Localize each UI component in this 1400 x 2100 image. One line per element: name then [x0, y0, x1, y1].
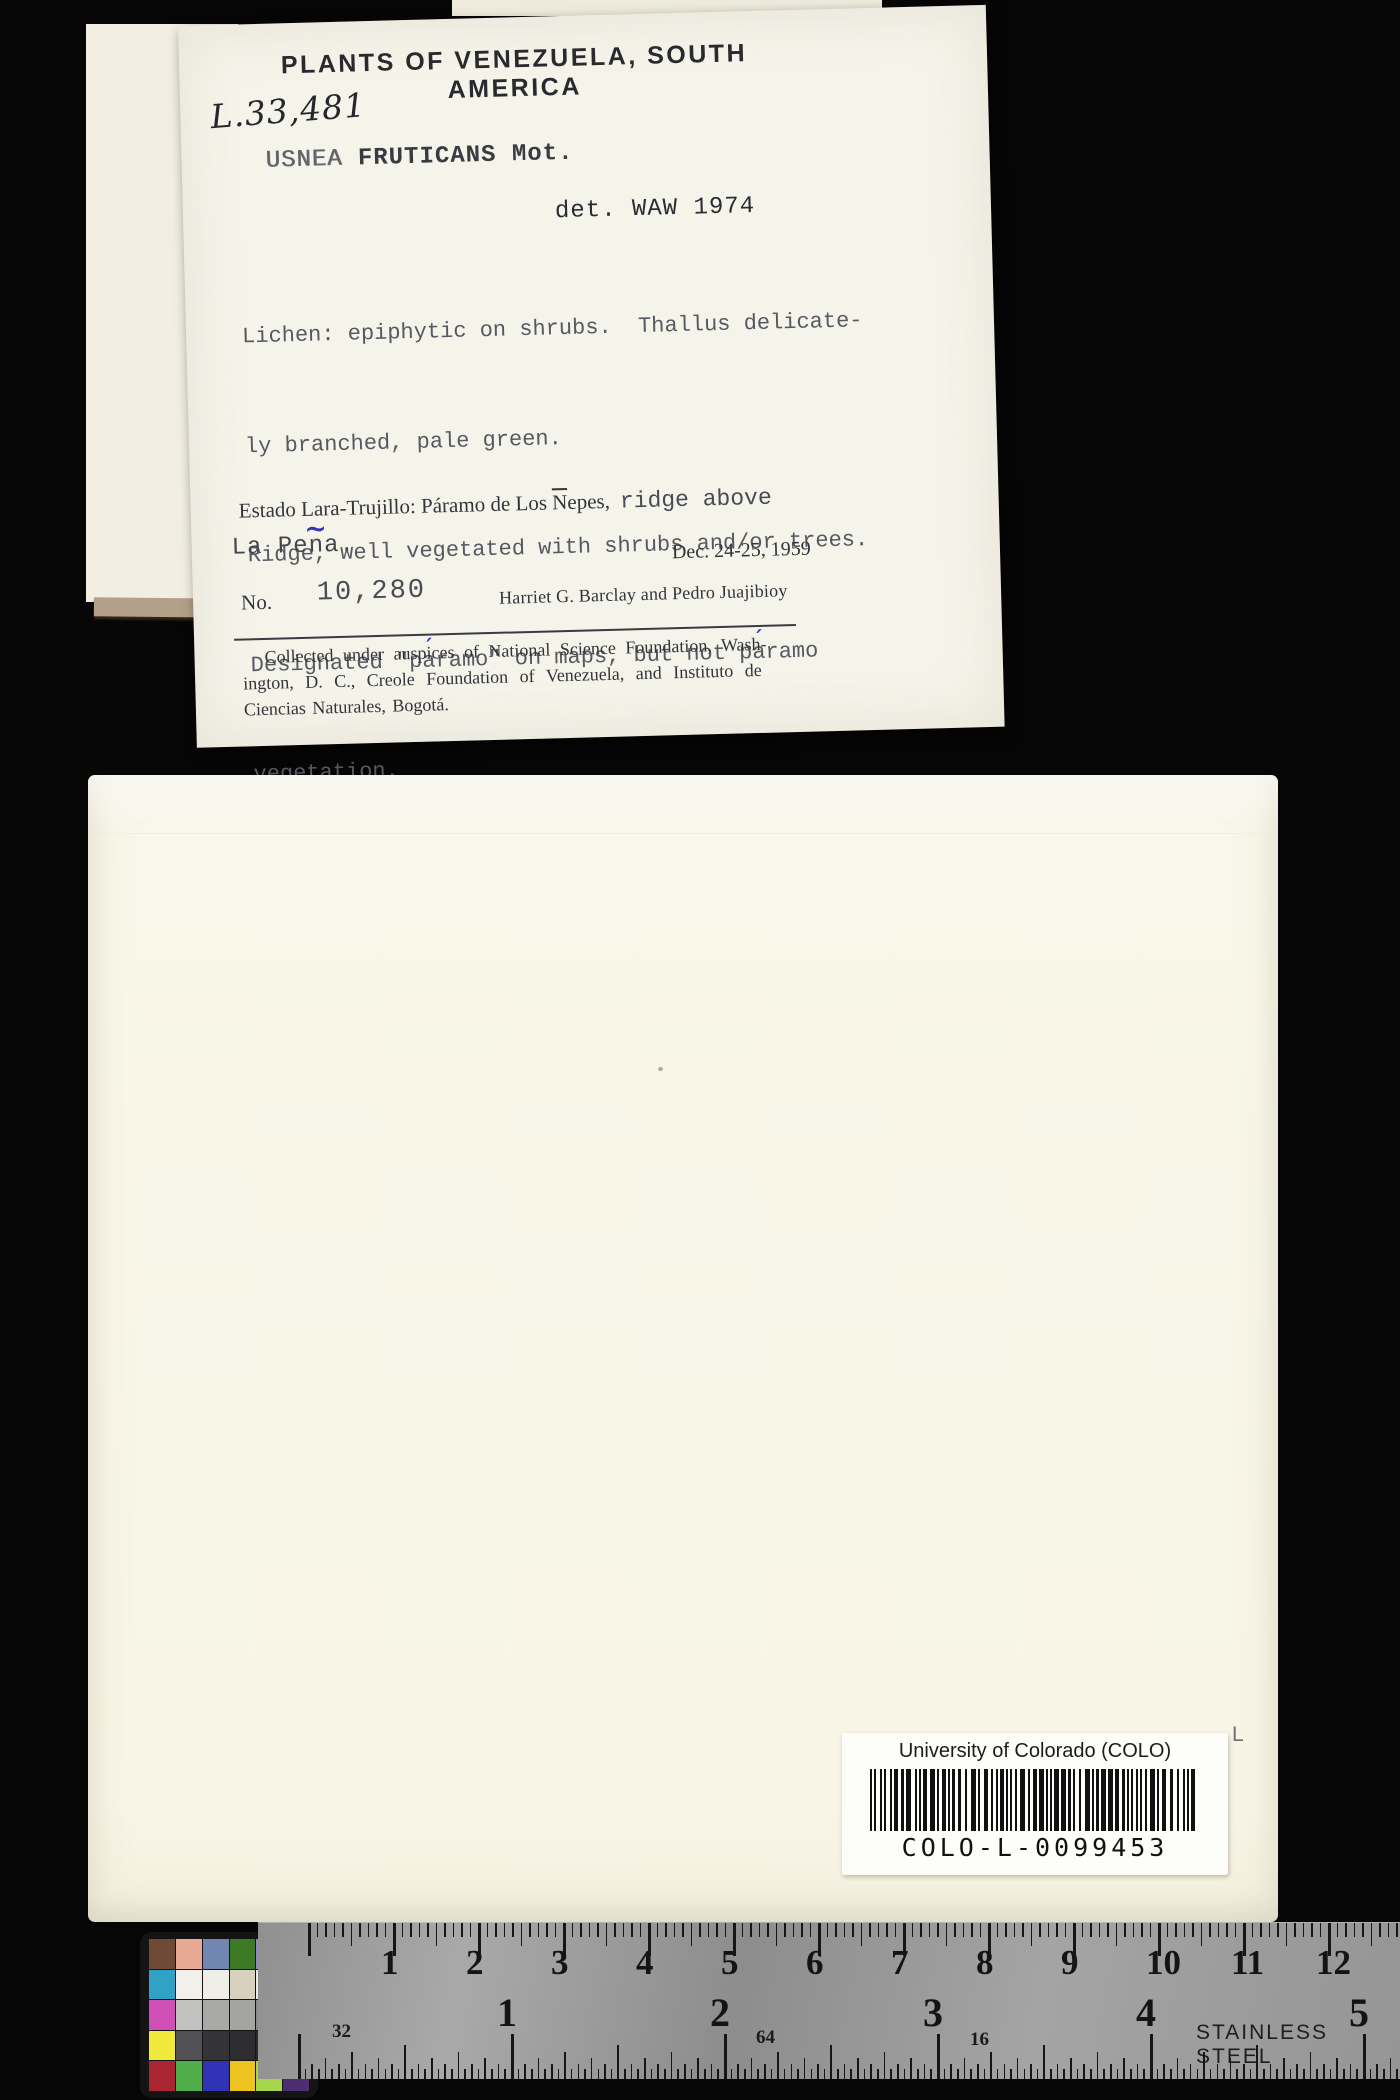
- ruler-32nd-tick: [1057, 2064, 1059, 2079]
- ruler-mm-tick: [844, 1923, 846, 1937]
- ruler-cm-number: 12: [1316, 1943, 1351, 1983]
- ruler-mm-tick: [631, 1923, 633, 1937]
- ruler-32nd-tick: [637, 2069, 639, 2079]
- ruler-32nd-tick: [657, 2064, 659, 2079]
- ruler-32nd-tick: [1110, 2064, 1112, 2079]
- barcode-bar: [915, 1769, 917, 1831]
- barcode-bar: [901, 1769, 904, 1831]
- ruler-32nd-tick: [1250, 2069, 1252, 2079]
- color-chip-r1c4: [230, 1939, 256, 1969]
- ruler-32nd-tick: [757, 2069, 759, 2079]
- barcode-bar: [1006, 1769, 1008, 1831]
- ruler-mm-tick: [1099, 1923, 1101, 1937]
- ruler-32nd-tick: [671, 2052, 673, 2079]
- ruler-32nd-tick: [664, 2069, 666, 2079]
- ruler-mm-tick: [1311, 1923, 1313, 1937]
- color-chip-r3c1: [149, 2000, 175, 2030]
- ruler-mm-tick: [793, 1923, 795, 1937]
- ruler-mm-tick: [504, 1923, 506, 1937]
- ruler-32nd-tick: [471, 2064, 473, 2079]
- ruler-32nd-tick: [684, 2064, 686, 2079]
- ruler-32nd-tick: [1370, 2069, 1372, 2079]
- ruler-32nd-tick: [604, 2064, 606, 2079]
- ruler-cm-number: 5: [721, 1943, 739, 1983]
- ruler-mm-tick: [971, 1923, 973, 1937]
- ruler-mm-tick: [1235, 1923, 1237, 1937]
- barcode-sticker: University of Colorado (COLO) COLO-L-009…: [842, 1733, 1228, 1875]
- specimen-packet-back: L University of Colorado (COLO) COLO-L-0…: [88, 775, 1278, 1922]
- barcode-bar: [1085, 1769, 1090, 1831]
- color-chip-r1c2: [176, 1939, 202, 1969]
- ruler-cm-number: 3: [551, 1943, 569, 1983]
- barcode-bar: [1115, 1769, 1119, 1831]
- ruler-mm-tick: [308, 1923, 311, 1956]
- handwritten-l-mark: L: [1232, 1723, 1244, 1747]
- ruler-32nd-tick: [950, 2064, 952, 2079]
- barcode-bar: [1177, 1769, 1179, 1831]
- ruler-mm-tick: [682, 1923, 684, 1937]
- ruler-inch-number: 5: [1349, 1989, 1369, 2036]
- ruler-32nd-tick: [571, 2069, 573, 2079]
- barcode-bar: [923, 1769, 927, 1831]
- ruler-mm-tick: [1133, 1923, 1135, 1937]
- ruler-32nd-tick: [1190, 2064, 1192, 2079]
- ruler-32nd-tick: [830, 2045, 832, 2079]
- ruler-32nd-tick: [777, 2052, 779, 2079]
- barcode-bar: [1061, 1769, 1066, 1831]
- color-chip-r3c2: [176, 2000, 202, 2030]
- ruler-32nd-tick: [504, 2069, 506, 2079]
- ruler-32nd-tick: [1303, 2069, 1305, 2079]
- ruler-32nd-tick: [424, 2069, 426, 2079]
- ruler-mm-tick: [827, 1923, 829, 1937]
- barcode-value: COLO-L-0099453: [842, 1833, 1228, 1862]
- ruler-32nd-tick: [331, 2069, 333, 2079]
- ruler-cm-number: 7: [891, 1943, 909, 1983]
- ruler-mm-tick: [1396, 1923, 1398, 1937]
- la-pena-text-end: a.: [324, 532, 356, 560]
- locality-typed-addition: ridge above: [620, 485, 772, 515]
- barcode-bar: [971, 1769, 976, 1831]
- barcode-bar: [1068, 1769, 1071, 1831]
- ruler-mm-tick: [725, 1923, 727, 1937]
- ruler-32nd-tick: [564, 2052, 566, 2079]
- ruler-mm-tick: [1277, 1923, 1279, 1937]
- ruler-32nd-tick: [1030, 2064, 1032, 2079]
- ruler-32nd-tick: [1383, 2069, 1385, 2079]
- ruler-mm-tick: [937, 1923, 939, 1937]
- color-chip-r5c2: [176, 2061, 202, 2091]
- ruler-32nd-tick: [1117, 2069, 1119, 2079]
- color-chip-r2c4: [230, 1970, 256, 2000]
- ruler-32nd-tick: [1296, 2064, 1298, 2079]
- ruler-32nd-tick: [1024, 2069, 1026, 2079]
- barcode-bar: [884, 1769, 886, 1831]
- ruler-mm-tick: [810, 1923, 812, 1937]
- ruler-mm-tick: [895, 1923, 897, 1937]
- stainless-steel-ruler: STAINLESS STEEL 123456789101112123453264…: [258, 1922, 1400, 2079]
- color-chip-r4c2: [176, 2031, 202, 2061]
- ruler-32nd-tick: [1050, 2069, 1052, 2079]
- ruler-mm-tick: [657, 1923, 659, 1937]
- ruler-mm-tick: [946, 1923, 948, 1946]
- ruler-32nd-tick: [877, 2069, 879, 2079]
- ruler-32nd-tick: [850, 2069, 852, 2079]
- ruler-mm-tick: [929, 1923, 931, 1937]
- ruler-mm-tick: [1371, 1923, 1373, 1946]
- ruler-cm-number: 1: [381, 1943, 399, 1983]
- barcode-bar: [1150, 1769, 1155, 1831]
- ruler-mm-tick: [521, 1923, 523, 1946]
- ruler-mm-tick: [546, 1923, 548, 1937]
- ruler-32nd-tick: [1243, 2064, 1245, 2079]
- barcode-bar: [1136, 1769, 1138, 1831]
- ruler-32nd-tick: [584, 2069, 586, 2079]
- ruler-mm-tick: [470, 1923, 472, 1937]
- ruler-mm-tick: [402, 1923, 404, 1937]
- collection-date: Dec. 24-25, 1959: [672, 538, 811, 565]
- ruler-cm-number: 8: [976, 1943, 994, 1983]
- ruler-mm-tick: [1031, 1923, 1033, 1946]
- ruler-mm-tick: [1056, 1923, 1058, 1937]
- ruler-mm-tick: [708, 1923, 710, 1937]
- ruler-32nd-tick: [784, 2069, 786, 2079]
- barcode-bar: [1073, 1769, 1075, 1831]
- ruler-mm-tick: [1337, 1923, 1339, 1937]
- barcode-bar: [880, 1769, 882, 1831]
- barcode-bar: [1033, 1769, 1037, 1831]
- la-pena-text: La Pe: [231, 533, 309, 562]
- genus-name: USNEA: [265, 146, 343, 175]
- ruler-32nd-tick: [631, 2064, 633, 2079]
- color-chip-r4c4: [230, 2031, 256, 2061]
- color-chip-r3c3: [203, 2000, 229, 2030]
- ruler-32nd-tick: [804, 2058, 806, 2079]
- ruler-mm-tick: [495, 1923, 497, 1937]
- barcode-bar: [1191, 1769, 1195, 1831]
- ruler-mm-tick: [317, 1923, 319, 1937]
- description-line-2: ly branched, pale green.: [245, 413, 866, 466]
- ruler-cm-number: 6: [806, 1943, 824, 1983]
- ruler-32nd-tick: [378, 2058, 380, 2079]
- ruler-32nd-tick: [1130, 2069, 1132, 2079]
- ruler-32nd-tick: [484, 2058, 486, 2079]
- ruler-brand-text: STAINLESS STEEL: [1196, 2021, 1400, 2069]
- ruler-mm-tick: [444, 1923, 446, 1937]
- ruler-mm-tick: [1294, 1923, 1296, 1937]
- color-chip-r2c2: [176, 1970, 202, 2000]
- ruler-32nd-tick: [1343, 2069, 1345, 2079]
- ruler-32nd-tick: [1043, 2045, 1045, 2079]
- ruler-mm-tick: [1150, 1923, 1152, 1937]
- ruler-mm-tick: [640, 1923, 642, 1937]
- ruler-32nd-tick: [551, 2064, 553, 2079]
- ruler-32nd-tick: [1356, 2069, 1358, 2079]
- ruler-32nd-tick: [1063, 2069, 1065, 2079]
- ruler-mm-tick: [1286, 1923, 1288, 1946]
- ruler-fraction-32: 32: [332, 2021, 351, 2043]
- ruler-32nd-tick: [1236, 2069, 1238, 2079]
- ruler-32nd-tick: [771, 2069, 773, 2079]
- blue-ink-tilde-mark: ~: [304, 513, 327, 545]
- ruler-mm-tick: [1252, 1923, 1254, 1937]
- barcode-bar: [1170, 1769, 1173, 1831]
- ruler-mm-tick: [368, 1923, 370, 1937]
- ruler-32nd-tick: [311, 2064, 313, 2079]
- ruler-32nd-tick: [305, 2069, 307, 2079]
- ruler-mm-tick: [963, 1923, 965, 1937]
- ruler-32nd-tick: [444, 2064, 446, 2079]
- ruler-32nd-tick: [1310, 2052, 1312, 2079]
- number-label: No.: [241, 590, 273, 616]
- barcode-bar: [894, 1769, 898, 1831]
- ruler-32nd-tick: [1336, 2058, 1338, 2079]
- barcode-bar: [1183, 1769, 1185, 1831]
- ruler-32nd-tick: [1283, 2058, 1285, 2079]
- ruler-32nd-tick: [1123, 2058, 1125, 2079]
- barcode-bar: [984, 1769, 988, 1831]
- ruler-32nd-tick: [870, 2064, 872, 2079]
- ruler-32nd-tick: [811, 2069, 813, 2079]
- ruler-inch-number: 3: [923, 1989, 943, 2036]
- ruler-32nd-tick: [1170, 2069, 1172, 2079]
- la-pena-line: La Pen~a.: [231, 532, 355, 562]
- barcode-bar: [919, 1769, 921, 1831]
- barcode-bar: [1187, 1769, 1189, 1831]
- ruler-32nd-tick: [598, 2069, 600, 2079]
- ruler-mm-tick: [1362, 1923, 1364, 1937]
- ruler-mm-tick: [1345, 1923, 1347, 1937]
- color-chip-r1c3: [203, 1939, 229, 1969]
- ruler-32nd-tick: [1103, 2069, 1105, 2079]
- ruler-mm-tick: [1320, 1923, 1322, 1937]
- color-chip-r4c1: [149, 2031, 175, 2061]
- ruler-32nd-tick: [458, 2052, 460, 2079]
- ruler-32nd-tick: [644, 2058, 646, 2079]
- ruler-32nd-tick: [1037, 2069, 1039, 2079]
- ruler-mm-tick: [1269, 1923, 1271, 1937]
- barcode-bar: [965, 1769, 967, 1831]
- ruler-mm-tick: [674, 1923, 676, 1937]
- ruler-32nd-tick: [711, 2064, 713, 2079]
- ruler-32nd-tick: [717, 2069, 719, 2079]
- ruler-mm-tick: [1141, 1923, 1143, 1937]
- ruler-mm-tick: [538, 1923, 540, 1937]
- barcode-bar: [1000, 1769, 1004, 1831]
- ruler-mm-tick: [869, 1923, 871, 1937]
- barcode-bar: [937, 1769, 939, 1831]
- ruler-32nd-tick: [791, 2064, 793, 2079]
- ruler-32nd-tick: [498, 2064, 500, 2079]
- taxon-name-line: USNEA FRUTICANS Mot.: [265, 140, 574, 175]
- ruler-mm-tick: [716, 1923, 718, 1937]
- ruler-32nd-tick: [1263, 2069, 1265, 2079]
- color-chip-r2c3: [203, 1970, 229, 2000]
- ruler-32nd-tick: [884, 2052, 886, 2079]
- ruler-cm-number: 2: [466, 1943, 484, 1983]
- ruler-32nd-tick: [1210, 2069, 1212, 2079]
- ruler-32nd-tick: [404, 2045, 406, 2079]
- ruler-32nd-tick: [1276, 2069, 1278, 2079]
- ruler-mm-tick: [512, 1923, 514, 1937]
- ruler-32nd-tick: [451, 2069, 453, 2079]
- ruler-fraction-64: 64: [756, 2027, 775, 2049]
- ruler-32nd-tick: [1363, 2034, 1366, 2079]
- barcode-bar: [874, 1769, 876, 1831]
- ruler-32nd-tick: [731, 2069, 733, 2079]
- ruler-mm-tick: [1354, 1923, 1356, 1937]
- ruler-mm-tick: [1014, 1923, 1016, 1937]
- ruler-mm-tick: [334, 1923, 336, 1937]
- ruler-32nd-tick: [1197, 2069, 1199, 2079]
- institution-name: University of Colorado (COLO): [842, 1740, 1228, 1763]
- ruler-32nd-tick: [1097, 2052, 1099, 2079]
- ruler-mm-tick: [750, 1923, 752, 1937]
- locality-printed-suffix: epes,: [567, 489, 610, 514]
- ruler-cm-number: 4: [636, 1943, 654, 1983]
- ruler-32nd-tick: [924, 2064, 926, 2079]
- ruler-32nd-tick: [1083, 2064, 1085, 2079]
- barcode-bar: [1108, 1769, 1113, 1831]
- barcode-bar: [1046, 1769, 1048, 1831]
- ruler-mm-tick: [1107, 1923, 1109, 1937]
- barcode-bar: [1162, 1769, 1166, 1831]
- ruler-mm-tick: [487, 1923, 489, 1937]
- ruler-mm-tick: [606, 1923, 608, 1946]
- barcode-bar: [1028, 1769, 1030, 1831]
- ruler-inch-number: 2: [710, 1989, 730, 2036]
- ruler-mm-tick: [597, 1923, 599, 1937]
- ruler-mm-tick: [1124, 1923, 1126, 1937]
- description-line-1: Lichen: epiphytic on shrubs. Thallus del…: [242, 303, 863, 356]
- ruler-32nd-tick: [298, 2034, 301, 2079]
- ruler-32nd-tick: [318, 2069, 320, 2079]
- barcode-bar: [1131, 1769, 1133, 1831]
- specimen-photo-stage: PLANTS OF VENEZUELA, SOUTH AMERICA L.33,…: [0, 0, 1400, 2100]
- ruler-mm-tick: [351, 1923, 353, 1946]
- specimen-label-card: PLANTS OF VENEZUELA, SOUTH AMERICA L.33,…: [178, 5, 1005, 748]
- species-author: FRUTICANS Mot.: [358, 140, 574, 173]
- ruler-32nd-tick: [1376, 2064, 1378, 2079]
- ruler-mm-tick: [376, 1923, 378, 1937]
- barcode-bar: [978, 1769, 980, 1831]
- ruler-mm-tick: [1082, 1923, 1084, 1937]
- ruler-inch-number: 4: [1136, 1989, 1156, 2036]
- ruler-mm-tick: [1184, 1923, 1186, 1937]
- ruler-mm-tick: [742, 1923, 744, 1937]
- ruler-32nd-tick: [1230, 2058, 1232, 2079]
- ruler-mm-tick: [1175, 1923, 1177, 1937]
- barcode-bar: [1079, 1769, 1081, 1831]
- barcode-bar: [952, 1769, 955, 1831]
- ruler-mm-tick: [1005, 1923, 1007, 1937]
- ruler-fraction-16: 16: [970, 2029, 989, 2051]
- ruler-32nd-tick: [1390, 2058, 1392, 2079]
- ruler-mm-tick: [427, 1923, 429, 1937]
- barcode-bar: [948, 1769, 950, 1831]
- ruler-mm-tick: [767, 1923, 769, 1937]
- ruler-32nd-tick: [751, 2058, 753, 2079]
- barcode-bar: [1020, 1769, 1025, 1831]
- barcode-bar: [1050, 1769, 1052, 1831]
- barcode-bar: [1054, 1769, 1059, 1831]
- ruler-32nd-tick: [990, 2052, 992, 2079]
- ruler-32nd-tick: [970, 2069, 972, 2079]
- ruler-32nd-tick: [1177, 2058, 1179, 2079]
- ruler-32nd-tick: [1137, 2064, 1139, 2079]
- ruler-32nd-tick: [524, 2064, 526, 2079]
- color-chip-r5c3: [203, 2061, 229, 2091]
- barcode-bar: [942, 1769, 946, 1831]
- color-chip-r5c1: [149, 2061, 175, 2091]
- ruler-mm-tick: [1218, 1923, 1220, 1937]
- ruler-mm-tick: [1090, 1923, 1092, 1937]
- ruler-32nd-tick: [611, 2069, 613, 2079]
- ruler-32nd-tick: [351, 2052, 353, 2079]
- barcode-bars: [868, 1769, 1202, 1831]
- ruler-cm-number: 11: [1231, 1943, 1264, 1983]
- ruler-32nd-tick: [997, 2069, 999, 2079]
- ruler-mm-tick: [1303, 1923, 1305, 1937]
- ruler-mm-tick: [555, 1923, 557, 1937]
- color-chip-r3c4: [230, 2000, 256, 2030]
- barcode-bar: [1122, 1769, 1125, 1831]
- ruler-mm-tick: [580, 1923, 582, 1937]
- color-chip-r1c1: [149, 1939, 175, 1969]
- ruler-mm-tick: [920, 1923, 922, 1937]
- collection-number: 10,280: [317, 576, 427, 609]
- ruler-mm-tick: [453, 1923, 455, 1937]
- ruler-32nd-tick: [904, 2069, 906, 2079]
- ruler-32nd-tick: [724, 2034, 727, 2079]
- ruler-32nd-tick: [837, 2069, 839, 2079]
- ruler-32nd-tick: [944, 2069, 946, 2079]
- ruler-32nd-tick: [478, 2069, 480, 2079]
- ruler-32nd-tick: [917, 2069, 919, 2079]
- ruler-32nd-tick: [857, 2058, 859, 2079]
- ruler-32nd-tick: [1183, 2069, 1185, 2079]
- barcode-bar: [958, 1769, 961, 1831]
- ruler-mm-tick: [529, 1923, 531, 1937]
- ruler-32nd-tick: [325, 2058, 327, 2079]
- ruler-32nd-tick: [398, 2069, 400, 2079]
- ruler-32nd-tick: [1070, 2058, 1072, 2079]
- ruler-mm-tick: [980, 1923, 982, 1937]
- ruler-mm-tick: [699, 1923, 701, 1937]
- ruler-32nd-tick: [1330, 2069, 1332, 2079]
- ruler-32nd-tick: [617, 2045, 619, 2079]
- barcode-bar: [870, 1769, 872, 1831]
- ruler-32nd-tick: [1217, 2064, 1219, 2079]
- ruler-mm-tick: [1192, 1923, 1194, 1937]
- ruler-mm-tick: [954, 1923, 956, 1937]
- ruler-cm-number: 10: [1146, 1943, 1181, 1983]
- ruler-mm-tick: [589, 1923, 591, 1937]
- ruler-mm-tick: [665, 1923, 667, 1937]
- ruler-mm-tick: [461, 1923, 463, 1937]
- ruler-32nd-tick: [844, 2064, 846, 2079]
- ruler-32nd-tick: [910, 2058, 912, 2079]
- ruler-mm-tick: [359, 1923, 361, 1937]
- barcode-bar: [1101, 1769, 1106, 1831]
- paper-speck: [658, 1067, 663, 1071]
- ruler-32nd-tick: [691, 2069, 693, 2079]
- ruler-mm-tick: [852, 1923, 854, 1937]
- barcode-bar: [930, 1769, 935, 1831]
- ruler-32nd-tick: [411, 2069, 413, 2079]
- ruler-mm-tick: [614, 1923, 616, 1937]
- ruler-mm-tick: [410, 1923, 412, 1937]
